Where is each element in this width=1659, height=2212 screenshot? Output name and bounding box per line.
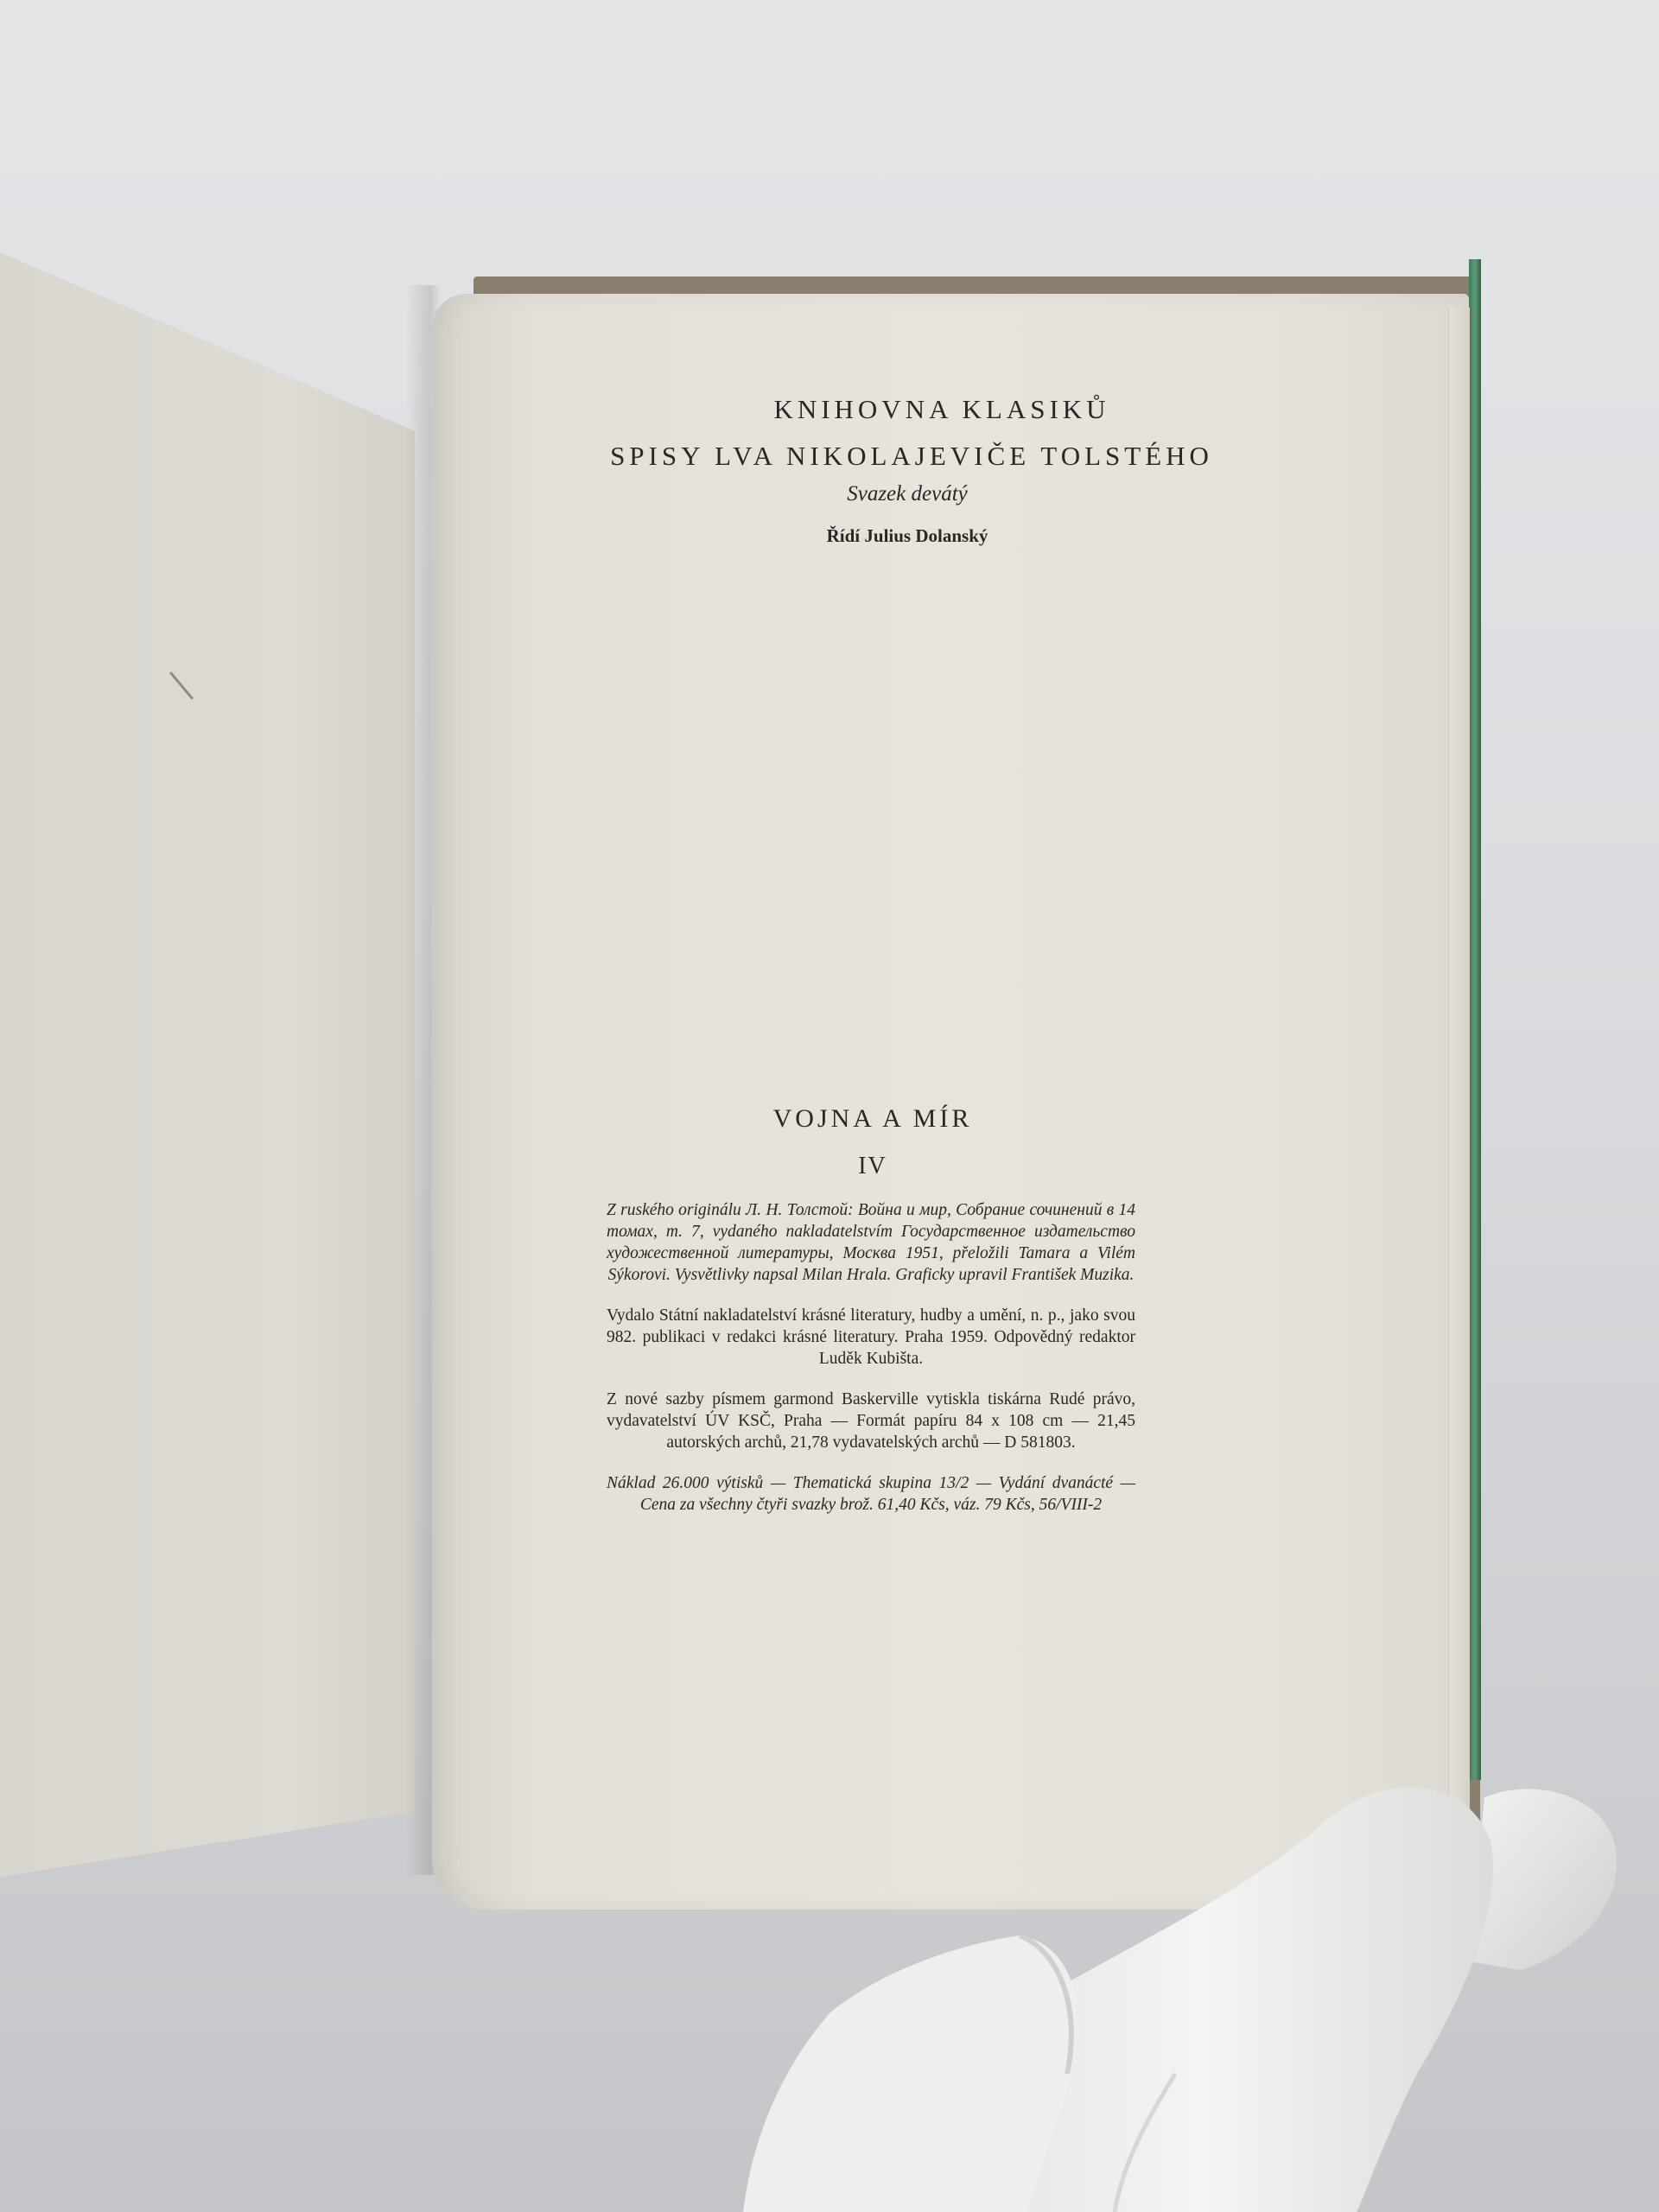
work-heading: VOJNA A MÍR IV [605,1104,1141,1180]
volume-label: Svazek devátý [570,482,1244,506]
translation-note: Z ruského originálu Л. Н. Толстой: Война… [607,1199,1135,1286]
colophon: Z ruského originálu Л. Н. Толстой: Война… [607,1199,1135,1535]
series-title: KNIHOVNA KLASIKŮ [639,394,1244,425]
editor-label: Řídí Julius Dolanský [570,525,1244,547]
photo-scene: KNIHOVNA KLASIKŮ SPISY LVA NIKOLAJEVIČE … [0,0,1659,2212]
page-fore-edge [1448,308,1470,1889]
printing-note: Z nové sazby písmem garmond Baskerville … [607,1389,1135,1453]
book-cover-green-edge [1469,259,1481,1780]
page-mark [169,671,194,700]
edition-note: Náklad 26.000 výtisků — Thematická skupi… [607,1472,1135,1516]
work-volume: IV [605,1153,1141,1180]
publisher-note: Vydalo Státní nakladatelství krásné lite… [607,1305,1135,1370]
work-title: VOJNA A MÍR [605,1104,1141,1134]
series-subtitle: SPISY LVA NIKOLAJEVIČE TOLSTÉHO [579,441,1244,472]
series-header: KNIHOVNA KLASIKŮ SPISY LVA NIKOLAJEVIČE … [605,389,1244,547]
left-page [0,252,415,1877]
